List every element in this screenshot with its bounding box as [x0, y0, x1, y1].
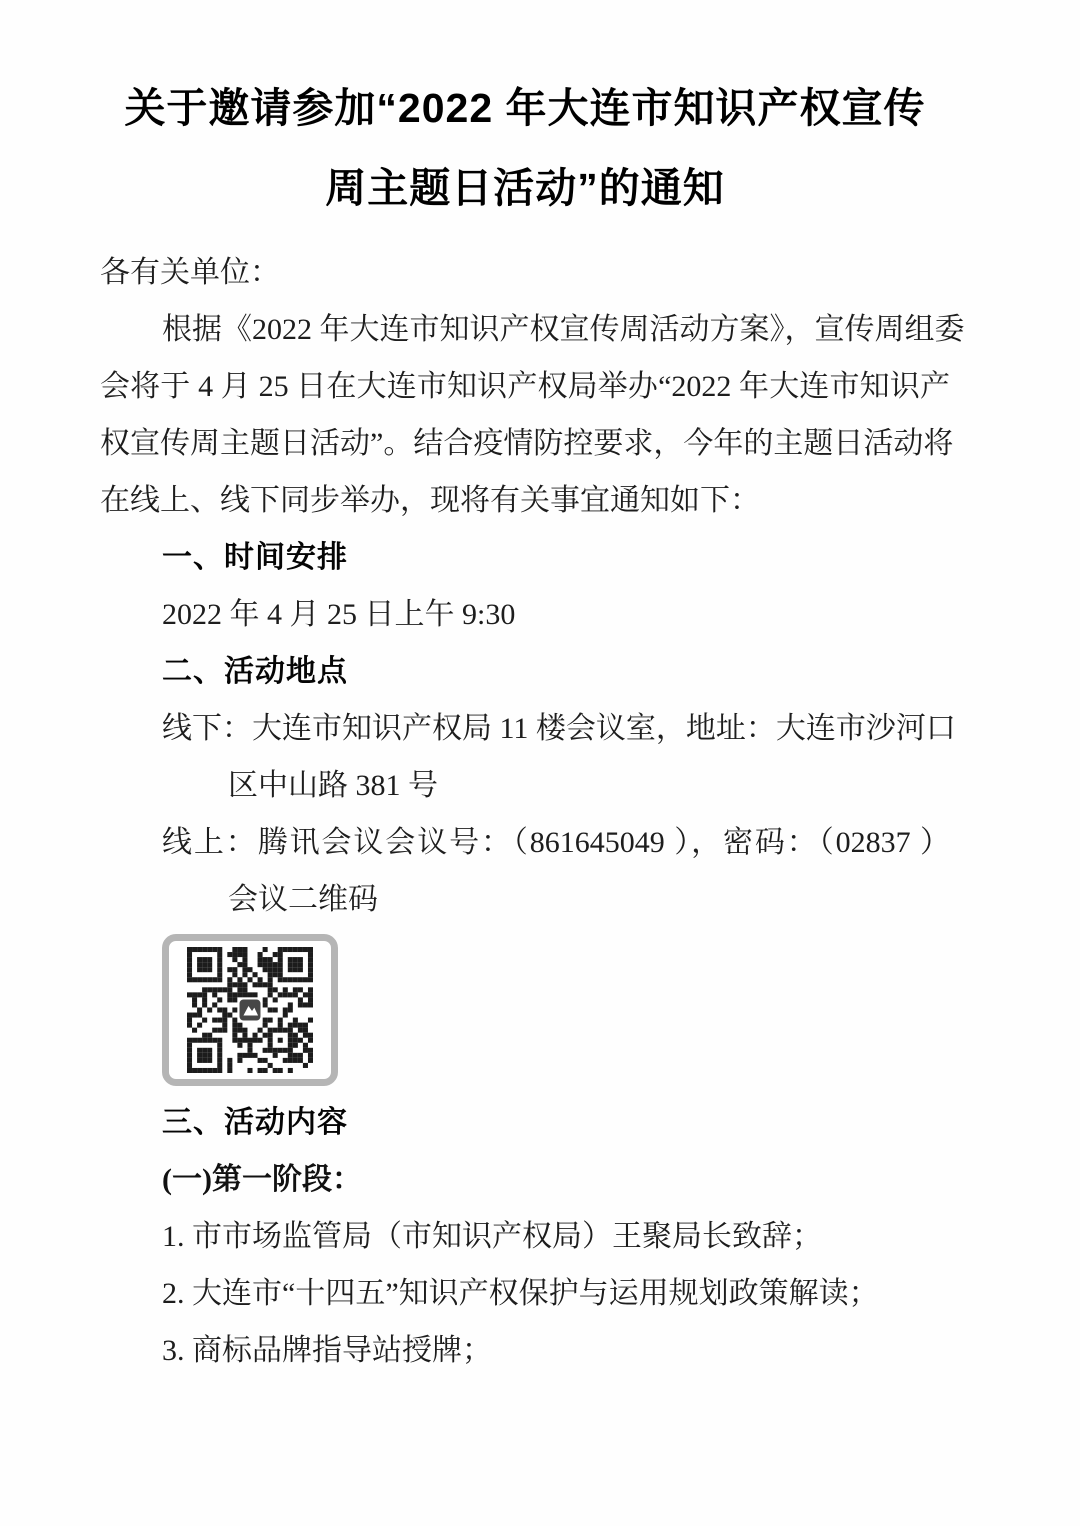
meeting-qr-sticker: [162, 934, 338, 1086]
agenda-item-2: 2. 大连市“十四五”知识产权保护与运用规划政策解读；: [100, 1265, 950, 1322]
section-1-heading: 一、时间安排: [100, 529, 950, 586]
intro-line-2: 会将于 4 月 25 日在大连市知识产权局举办“2022 年大连市知识产: [100, 358, 950, 415]
offline-location-line-2: 区中山路 381 号: [100, 757, 950, 814]
qr-code: [187, 947, 313, 1073]
agenda-item-1: 1. 市市场监管局（市知识产权局）王聚局长致辞；: [100, 1208, 950, 1265]
online-meeting-line: 线上：腾讯会议会议号：（861645049 ），密码：（02837 ）: [100, 814, 950, 871]
qr-code-row: [100, 934, 950, 1094]
section-3-heading: 三、活动内容: [100, 1094, 950, 1151]
notice-document-page: 关于邀请参加“2022 年大连市知识产权宣传 周主题日活动”的通知 各有关单位：…: [0, 0, 1080, 1526]
event-time: 2022 年 4 月 25 日上午 9:30: [100, 586, 950, 643]
section-2-heading: 二、活动地点: [100, 643, 950, 700]
intro-line-3: 权宣传周主题日活动”。结合疫情防控要求，今年的主题日活动将: [100, 415, 950, 472]
agenda-item-3: 3. 商标品牌指导站授牌；: [100, 1322, 950, 1379]
qr-caption: 会议二维码: [100, 871, 950, 928]
document-title-line-1: 关于邀请参加“2022 年大连市知识产权宣传: [100, 68, 950, 148]
offline-location-line-1: 线下：大连市知识产权局 11 楼会议室，地址：大连市沙河口: [100, 700, 950, 757]
document-body: 关于邀请参加“2022 年大连市知识产权宣传 周主题日活动”的通知 各有关单位：…: [100, 0, 950, 1379]
intro-line-4: 在线上、线下同步举办，现将有关事宜通知如下：: [100, 472, 950, 529]
stage-1-subheading: (一)第一阶段：: [100, 1151, 950, 1208]
intro-line-1: 根据《2022 年大连市知识产权宣传周活动方案》，宣传周组委: [100, 301, 950, 358]
salutation: 各有关单位：: [100, 244, 950, 301]
tencent-meeting-logo: [237, 997, 262, 1022]
document-text: 各有关单位： 根据《2022 年大连市知识产权宣传周活动方案》，宣传周组委 会将…: [100, 244, 950, 1379]
document-title-line-2: 周主题日活动”的通知: [100, 148, 950, 228]
document-title: 关于邀请参加“2022 年大连市知识产权宣传 周主题日活动”的通知: [100, 68, 950, 228]
